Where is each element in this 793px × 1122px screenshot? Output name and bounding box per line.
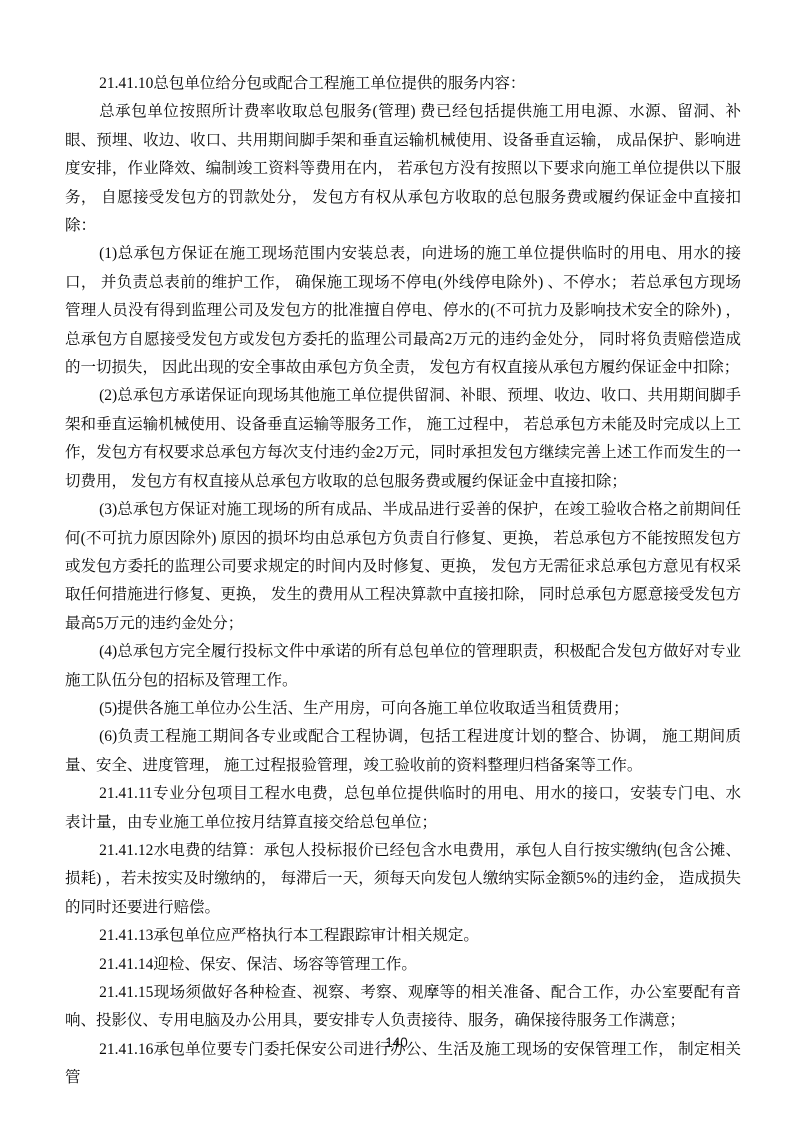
document-body: 21.41.10总包单位给分包或配合工程施工单位提供的服务内容：总承包单位按照所… xyxy=(65,70,741,1093)
paragraph: 总承包单位按照所计费率收取总包服务(管理) 费已经包括提供施工用电源、水源、留洞… xyxy=(65,98,741,240)
paragraph: 21.41.13承包单位应严格执行本工程跟踪审计相关规定。 xyxy=(65,922,741,950)
paragraph: 21.41.15现场须做好各种检查、视察、考察、观摩等的相关准备、配合工作，办公… xyxy=(65,979,741,1036)
paragraph: (5)提供各施工单位办公生活、生产用房，可向各施工单位收取适当租赁费用； xyxy=(65,695,741,723)
paragraph: (1)总承包方保证在施工现场范围内安装总表，向进场的施工单位提供临时的用电、用水… xyxy=(65,240,741,382)
paragraph: 21.41.14迎检、保安、保洁、场容等管理工作。 xyxy=(65,951,741,979)
page-footer: 140 xyxy=(0,1035,793,1050)
paragraph: 21.41.11专业分包项目工程水电费，总包单位提供临时的用电、用水的接口，安装… xyxy=(65,780,741,837)
paragraph: (3)总承包方保证对施工现场的所有成品、半成品进行妥善的保护，在竣工验收合格之前… xyxy=(65,496,741,638)
paragraph: (2)总承包方承诺保证向现场其他施工单位提供留洞、补眼、预埋、收边、收口、共用期… xyxy=(65,382,741,496)
paragraph: (4)总承包方完全履行投标文件中承诺的所有总包单位的管理职责，积极配合发包方做好… xyxy=(65,638,741,695)
paragraph: (6)负责工程施工期间各专业或配合工程协调，包括工程进度计划的整合、协调， 施工… xyxy=(65,723,741,780)
paragraph: 21.41.12水电费的结算：承包人投标报价已经包含水电费用，承包人自行按实缴纳… xyxy=(65,837,741,922)
page-number: 140 xyxy=(385,1035,408,1050)
document-page: 21.41.10总包单位给分包或配合工程施工单位提供的服务内容：总承包单位按照所… xyxy=(0,0,793,1122)
paragraph: 21.41.10总包单位给分包或配合工程施工单位提供的服务内容： xyxy=(65,70,741,98)
